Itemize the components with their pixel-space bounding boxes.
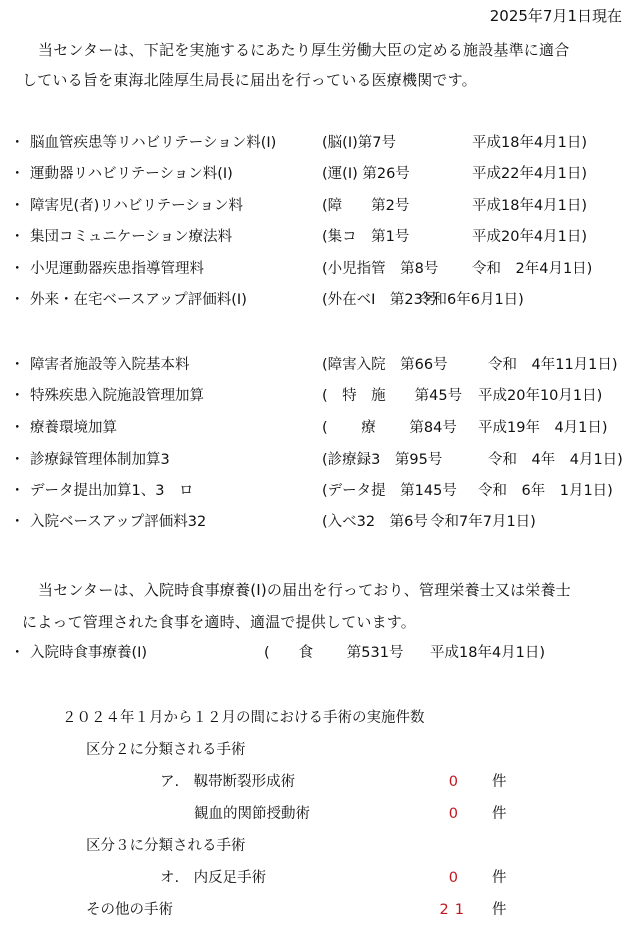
item-date: 令和 4年11月1日) [488, 355, 618, 375]
item-name: 運動器リハビリテーション料(Ⅰ) [30, 164, 233, 184]
item-date: 令和7年7月1日) [430, 512, 536, 532]
surgery-name: 観血的関節授動術 [194, 804, 310, 824]
item-code: ( 食 第531号 [264, 643, 403, 663]
bullet: ・ [10, 133, 25, 153]
item-code: (小児指管 第8号 [322, 259, 438, 279]
category-3-label: 区分３に分類される手術 [86, 836, 246, 856]
surgery-unit: 件 [492, 804, 507, 824]
item-code: (脳(Ⅰ)第7号 [322, 133, 396, 153]
item-code: ( 療 第84号 [322, 418, 457, 438]
intro-line-2: している旨を東海北陸厚生局長に届出を行っている医療機関です。 [22, 70, 477, 90]
item-name: 入院ベースアップ評価料32 [30, 512, 206, 532]
list-item: ・ 外来・在宅ベースアップ評価料(Ⅰ) (外在ベⅠ 第23号 令和6年6月1日) [10, 290, 630, 314]
list-item: ・ 集団コミュニケーション療法料 (集コ 第1号 平成20年4月1日) [10, 227, 630, 251]
bullet: ・ [10, 418, 25, 438]
bullet: ・ [10, 355, 25, 375]
bullet: ・ [10, 386, 25, 406]
item-name: 診療録管理体制加算3 [30, 450, 170, 470]
bullet: ・ [10, 481, 25, 501]
item-date: 平成18年4月1日) [430, 643, 545, 663]
list-item: ・ 診療録管理体制加算3 (診療録3 第95号 令和 4年 4月1日) [10, 450, 630, 474]
item-name: データ提出加算1、3 ロ [30, 481, 193, 501]
surgery-title: ２０２４年１月から１２月の間における手術の実施件数 [62, 708, 425, 728]
item-date: 令和 6年 1月1日) [478, 481, 613, 501]
surgery-count: 0 [404, 868, 464, 888]
bullet: ・ [10, 164, 25, 184]
bullet: ・ [10, 643, 25, 663]
surgery-count: 0 [404, 804, 464, 824]
bullet: ・ [10, 227, 25, 247]
item-name: 集団コミュニケーション療法料 [30, 227, 232, 247]
meal-line-2: によって管理された食事を適時、適温で提供しています。 [22, 612, 416, 632]
item-date: 平成18年4月1日) [472, 196, 587, 216]
surgery-count: 0 [404, 772, 464, 792]
list-item: ・ 小児運動器疾患指導管理料 (小児指管 第8号 令和 2年4月1日) [10, 259, 630, 283]
item-date: 平成18年4月1日) [472, 133, 587, 153]
list-item: ・ 療養環境加算 ( 療 第84号 平成19年 4月1日) [10, 418, 630, 442]
bullet: ・ [10, 196, 25, 216]
list-item: ・ 運動器リハビリテーション料(Ⅰ) (運(Ⅰ) 第26号 平成22年4月1日) [10, 164, 630, 188]
meal-line-1: 当センターは、入院時食事療養(Ⅰ)の届出を行っており、管理栄養士又は栄養士 [38, 580, 571, 600]
item-code: (運(Ⅰ) 第26号 [322, 164, 410, 184]
item-date: 平成22年4月1日) [472, 164, 587, 184]
bullet: ・ [10, 450, 25, 470]
item-name: 特殊疾患入院施設管理加算 [30, 386, 204, 406]
item-name: 外来・在宅ベースアップ評価料(Ⅰ) [30, 290, 247, 310]
item-date: 平成20年4月1日) [472, 227, 587, 247]
list-item: ・ 特殊疾患入院施設管理加算 ( 特 施 第45号 平成20年10月1日) [10, 386, 630, 410]
list-item: ・ 脳血管疾患等リハビリテーション料(Ⅰ) (脳(Ⅰ)第7号 平成18年4月1日… [10, 133, 630, 157]
item-name: 小児運動器疾患指導管理料 [30, 259, 204, 279]
list-item: ・ 障害者施設等入院基本料 (障害入院 第66号 令和 4年11月1日) [10, 355, 630, 379]
list-item: ・ 障害児(者)リハビリテーション料 (障 第2号 平成18年4月1日) [10, 196, 630, 220]
item-name: 障害児(者)リハビリテーション料 [30, 196, 243, 216]
surgery-name: オ. 内反足手術 [160, 868, 266, 888]
item-code: (集コ 第1号 [322, 227, 409, 247]
item-code: (障 第2号 [322, 196, 409, 216]
item-code: (データ提 第145号 [322, 481, 457, 501]
bullet: ・ [10, 259, 25, 279]
item-code: (障害入院 第66号 [322, 355, 448, 375]
item-code: (入べ32 第6号 [322, 512, 428, 532]
bullet: ・ [10, 512, 25, 532]
item-date: 平成19年 4月1日) [478, 418, 608, 438]
item-date: 平成20年10月1日) [478, 386, 602, 406]
surgery-unit: 件 [492, 868, 507, 888]
item-date: 令和6年6月1日) [418, 290, 524, 310]
surgery-unit: 件 [492, 772, 507, 792]
list-item: ・ 入院ベースアップ評価料32 (入べ32 第6号 令和7年7月1日) [10, 512, 630, 536]
bullet: ・ [10, 290, 25, 310]
as-of-date: 2025年7月1日現在 [490, 6, 622, 26]
surgery-name: その他の手術 [86, 900, 173, 920]
item-name: 障害者施設等入院基本料 [30, 355, 190, 375]
item-name: 入院時食事療養(Ⅰ) [30, 643, 147, 663]
list-item: ・ 入院時食事療養(Ⅰ) ( 食 第531号 平成18年4月1日) [10, 643, 630, 667]
item-name: 療養環境加算 [30, 418, 117, 438]
item-name: 脳血管疾患等リハビリテーション料(Ⅰ) [30, 133, 276, 153]
surgery-name: ア. 靱帯断裂形成術 [160, 772, 295, 792]
item-code: (診療録3 第95号 [322, 450, 442, 470]
item-code: ( 特 施 第45号 [322, 386, 462, 406]
surgery-count: 21 [410, 900, 470, 920]
list-item: ・ データ提出加算1、3 ロ (データ提 第145号 令和 6年 1月1日) [10, 481, 630, 505]
category-2-label: 区分２に分類される手術 [86, 740, 246, 760]
intro-line-1: 当センターは、下記を実施するにあたり厚生労働大臣の定める施設基準に適合 [38, 40, 569, 60]
item-date: 令和 4年 4月1日) [488, 450, 623, 470]
surgery-unit: 件 [492, 900, 507, 920]
item-date: 令和 2年4月1日) [472, 259, 592, 279]
